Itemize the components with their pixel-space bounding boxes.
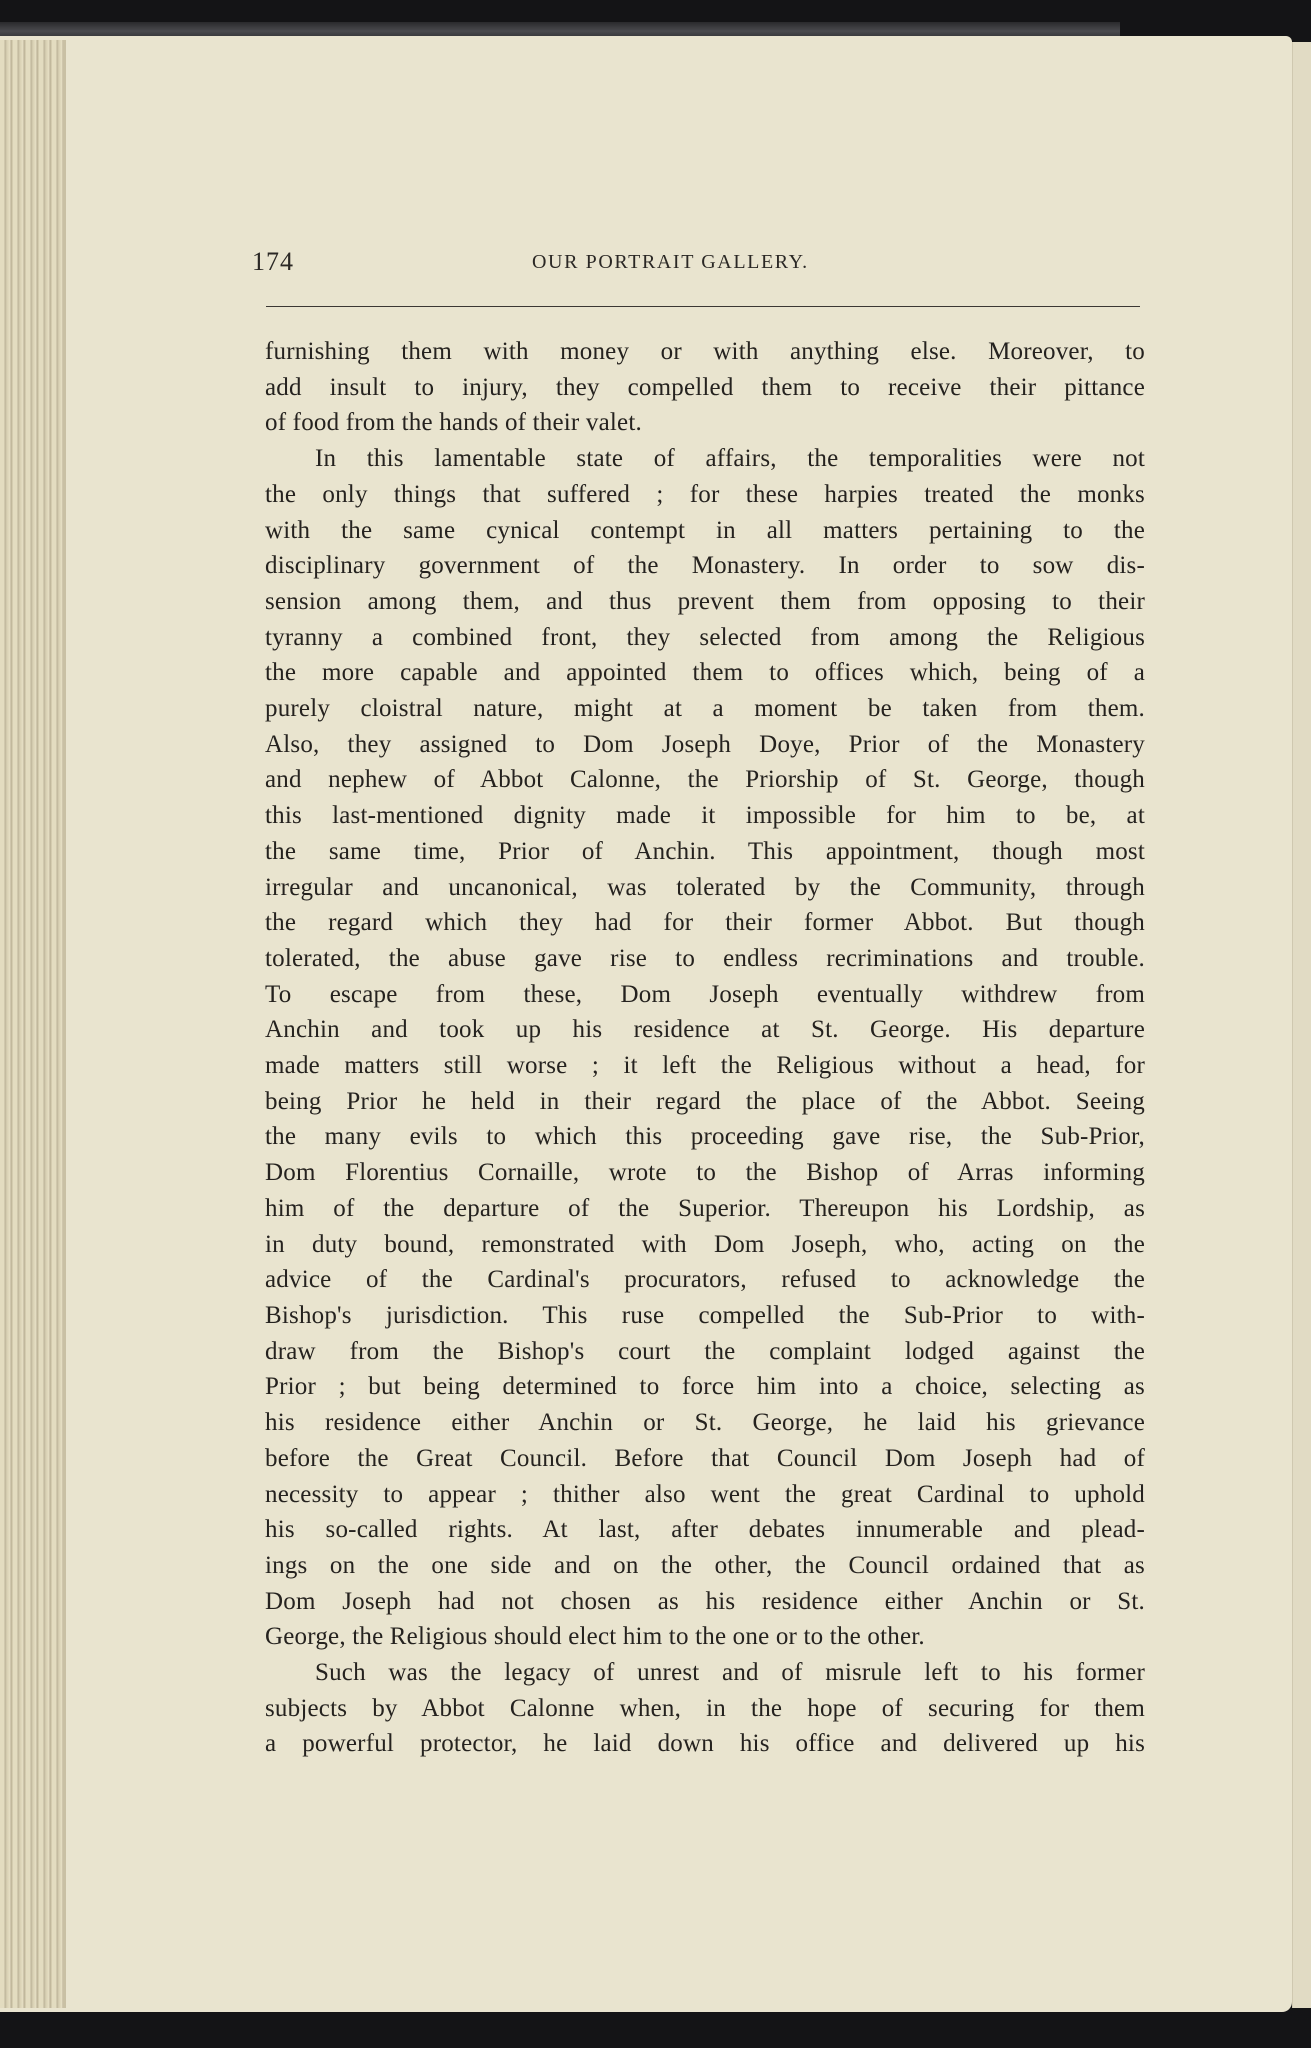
header-rule [266,306,1140,307]
text-line: his so-called rights. At last, after deb… [265,1512,1145,1548]
text-line: disciplinary government of the Monastery… [265,548,1145,584]
text-line: purely cloistral nature, might at a mome… [265,691,1145,727]
text-line: the more capable and appointed them to o… [265,655,1145,691]
page-number: 174 [252,247,294,277]
facing-page-edge [1292,42,1311,2008]
text-line: his residence either Anchin or St. Georg… [265,1405,1145,1441]
text-line: Also, they assigned to Dom Joseph Doye, … [265,727,1145,763]
text-line: subjects by Abbot Calonne when, in the h… [265,1691,1145,1727]
text-line: Such was the legacy of unrest and of mis… [265,1655,1145,1691]
paragraph: Such was the legacy of unrest and of mis… [265,1655,1145,1762]
paragraph: furnishing them with money or with anyth… [265,334,1145,441]
text-line: tyranny a combined front, they selected … [265,620,1145,656]
text-line: the same time, Prior of Anchin. This app… [265,834,1145,870]
text-line: in duty bound, remonstrated with Dom Jos… [265,1227,1145,1263]
text-line: and nephew of Abbot Calonne, the Priorsh… [265,762,1145,798]
running-head: 174 OUR PORTRAIT GALLERY. [252,247,1142,287]
text-line: tolerated, the abuse gave rise to endles… [265,941,1145,977]
text-line: To escape from these, Dom Joseph eventua… [265,977,1145,1013]
text-line: the regard which they had for their form… [265,905,1145,941]
text-line: Dom Florentius Cornaille, wrote to the B… [265,1155,1145,1191]
text-line: the many evils to which this proceeding … [265,1119,1145,1155]
text-line: being Prior he held in their regard the … [265,1084,1145,1120]
page-stack-edges [0,40,66,2008]
text-line: add insult to injury, they compelled the… [265,370,1145,406]
text-line: irregular and uncanonical, was tolerated… [265,870,1145,906]
text-line: Anchin and took up his residence at St. … [265,1012,1145,1048]
body-text: furnishing them with money or with anyth… [265,334,1145,1762]
text-line: Prior ; but being determined to force hi… [265,1369,1145,1405]
text-line: him of the departure of the Superior. Th… [265,1191,1145,1227]
text-line: Bishop's jurisdiction. This ruse compell… [265,1298,1145,1334]
text-line: draw from the Bishop's court the complai… [265,1334,1145,1370]
text-line: made matters still worse ; it left the R… [265,1048,1145,1084]
text-line: before the Great Council. Before that Co… [265,1441,1145,1477]
text-line: ings on the one side and on the other, t… [265,1548,1145,1584]
text-line: the only things that suffered ; for thes… [265,477,1145,513]
text-line: with the same cynical contempt in all ma… [265,513,1145,549]
text-line: necessity to appear ; thither also went … [265,1477,1145,1513]
text-line: a powerful protector, he laid down his o… [265,1726,1145,1762]
text-line: George, the Religious should elect him t… [265,1619,1145,1655]
text-line: this last-mentioned dignity made it impo… [265,798,1145,834]
running-title: OUR PORTRAIT GALLERY. [532,251,809,274]
text-line: In this lamentable state of affairs, the… [265,441,1145,477]
text-line: of food from the hands of their valet. [265,405,1145,441]
text-line: Dom Joseph had not chosen as his residen… [265,1584,1145,1620]
text-line: advice of the Cardinal's procurators, re… [265,1262,1145,1298]
text-line: furnishing them with money or with anyth… [265,334,1145,370]
paragraph: In this lamentable state of affairs, the… [265,441,1145,1655]
text-line: sension among them, and thus prevent the… [265,584,1145,620]
